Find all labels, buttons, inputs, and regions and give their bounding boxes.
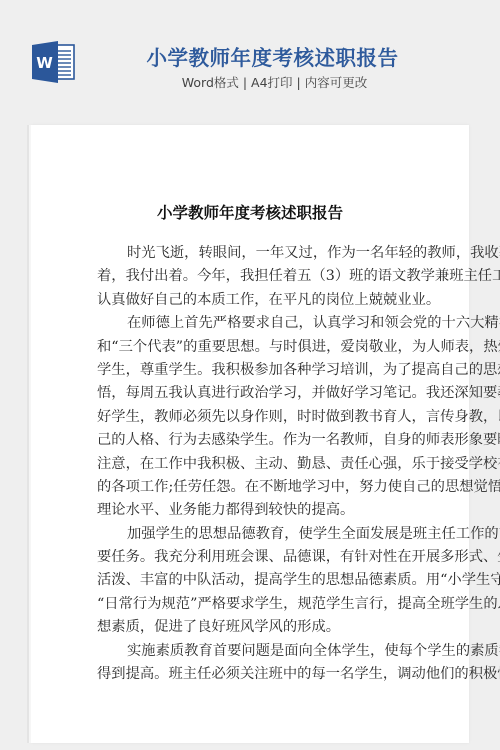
paragraph-3-line-5: 想素质，促进了良好班风学风的形成。 <box>97 616 403 639</box>
paragraph-3-line-3: 活泼、丰富的中队活动，提高学生的思想品德素质。用“小学生守则”、 <box>97 569 403 592</box>
paragraph-2-line-9: 理论水平、业务能力都得到较快的提高。 <box>97 499 403 522</box>
paragraph-2-line-4: 悟，每周五我认真进行政治学习，并做好学习笔记。我还深知要教育 <box>97 382 403 405</box>
document-title: 小学教师年度考核述职报告 <box>31 202 469 224</box>
paragraph-2-line-5: 好学生，教师必须先以身作则，时时做到教书育人，言传身教，以自 <box>97 406 403 429</box>
header-banner: W 小学教师年度考核述职报告 Word格式 | A4打印 | 内容可更改 <box>0 0 500 120</box>
paragraph-2-line-6: 己的人格、行为去感染学生。作为一名教师，自身的师表形象要时刻 <box>97 429 403 452</box>
paragraph-3-line-1: 加强学生的思想品德教育，使学生全面发展是班主任工作的首 <box>97 523 403 546</box>
document-body: 时光飞逝，转眼间，一年又过，作为一名年轻的教师，我收获 着，我付出着。今年，我担… <box>97 242 403 686</box>
paragraph-1-line-2: 着，我付出着。今年，我担任着五（3）班的语文教学兼班主任工作， <box>97 265 403 288</box>
paragraph-2-line-1: 在师德上首先严格要求自己，认真学习和领会党的十六大精神 <box>97 312 403 335</box>
paragraph-2-line-7: 注意，在工作中我积极、主动、勤恳、责任心强，乐于接受学校布置 <box>97 453 403 476</box>
paragraph-4-line-2: 得到提高。班主任必须关注班中的每一名学生，调动他们的积极性。 <box>97 663 403 686</box>
paragraph-3-line-2: 要任务。我充分利用班会课、品德课，有针对性在开展多形式、生动 <box>97 546 403 569</box>
paragraph-2-line-3: 学生，尊重学生。我积极参加各种学习培训，为了提高自己的思想觉 <box>97 359 403 382</box>
paragraph-1-line-1: 时光飞逝，转眼间，一年又过，作为一名年轻的教师，我收获 <box>97 242 403 265</box>
header-subtitle: Word格式 | A4打印 | 内容可更改 <box>100 74 449 92</box>
paragraph-4-line-1: 实施素质教育首要问题是面向全体学生，使每个学生的素质都 <box>97 640 403 663</box>
document-page: 小学教师年度考核述职报告 时光飞逝，转眼间，一年又过，作为一名年轻的教师，我收获… <box>31 125 469 743</box>
paragraph-2-line-8: 的各项工作;任劳任怨。在不断地学习中，努力使自己的思想觉悟、 <box>97 476 403 499</box>
paragraph-2-line-2: 和“三个代表”的重要思想。与时俱进，爱岗敬业，为人师表，热爱 <box>97 336 403 359</box>
header-title: 小学教师年度考核述职报告 <box>100 44 445 72</box>
paragraph-1-line-3: 认真做好自己的本质工作，在平凡的岗位上兢兢业业。 <box>97 289 403 312</box>
svg-text:W: W <box>36 54 53 72</box>
paragraph-3-line-4: “日常行为规范”严格要求学生，规范学生言行，提高全班学生的思 <box>97 593 403 616</box>
word-icon: W <box>32 40 76 84</box>
